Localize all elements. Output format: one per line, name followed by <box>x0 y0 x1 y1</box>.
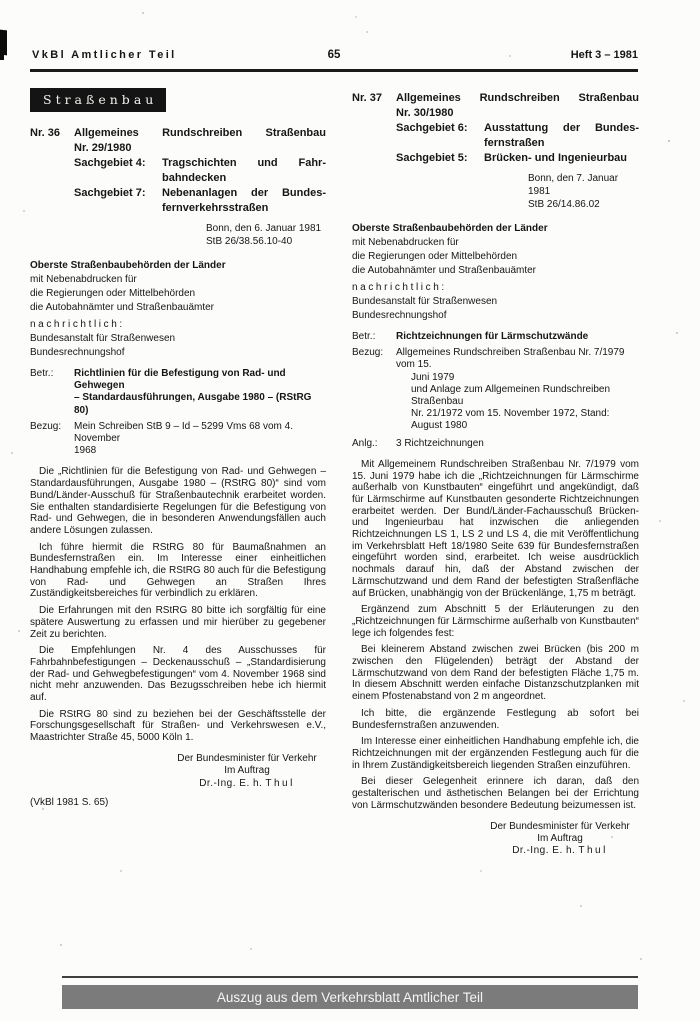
page-number: 65 <box>30 49 638 61</box>
document-page: VkBl Amtlicher Teil 65 Heft 3 – 1981 Str… <box>0 0 700 1021</box>
body-paragraph: Mit Allgemeinem Rundschreiben Straßenbau… <box>352 459 639 599</box>
subject-line: Brücken- und Ingenieurbau <box>484 151 639 166</box>
subject-row: Sachgebiet 7: Nebenanlagen der Bundes- f… <box>74 186 326 216</box>
bezug-label: Bezug: <box>30 421 74 458</box>
running-head: VkBl Amtlicher Teil 65 Heft 3 – 1981 <box>30 49 638 65</box>
fyi-line: Bundesanstalt für Straßenwesen <box>352 295 639 309</box>
signature-office: Der Bundesminister für Verkehr <box>168 753 326 765</box>
recipient-line: die Regierungen oder Mittelbehörden <box>30 287 326 301</box>
subject-line: fernstraßen <box>484 136 639 151</box>
dateline: Bonn, den 7. Januar 1981 StB 26/14.86.02 <box>528 172 639 211</box>
fyi-line: Bundesrechnungshof <box>352 309 639 323</box>
dateline-place: Bonn, den 6. Januar 1981 <box>206 222 326 235</box>
issue-label: Heft 3 – 1981 <box>571 49 638 61</box>
anlage-row: Anlg.: 3 Richtzeichnungen <box>352 438 639 450</box>
subject-line: bahndecken <box>162 171 326 186</box>
subject-label: Sachgebiet 4: <box>74 156 162 186</box>
betr-line: Richtlinien für die Befestigung von Rad-… <box>74 368 326 392</box>
subject-label: Sachgebiet 6: <box>396 121 484 151</box>
dateline: Bonn, den 6. Januar 1981 StB 26/38.56.10… <box>206 222 326 248</box>
betr-row: Betr.: Richtlinien für die Befestigung v… <box>30 368 326 417</box>
article-37: Nr. 37 Allgemeines Rundschreiben Straßen… <box>352 91 639 858</box>
body-paragraph: Die Erfahrungen mit den RStRG 80 bitte i… <box>30 605 326 640</box>
bezug-line: Mein Schreiben StB 9 – Id – 5299 Vms 68 … <box>74 421 326 445</box>
signature-name-prefix: Dr.-Ing. E. h. <box>199 778 262 789</box>
article-title-line: Allgemeines Rundschreiben Straßenbau <box>396 91 639 106</box>
fyi-label: nachrichtlich: <box>30 318 326 332</box>
betr-label: Betr.: <box>30 368 74 417</box>
bezug-line: Allgemeines Rundschreiben Straßenbau Nr.… <box>396 347 639 371</box>
bezug-line: Nr. 21/1972 vom 15. November 1972, Stand… <box>396 408 639 432</box>
source-note: (VkBl 1981 S. 65) <box>30 797 326 809</box>
recipient-line: die Autobahnämter und Straßenbauämter <box>30 301 326 315</box>
subject-line: Nebenanlagen der Bundes- <box>162 186 326 201</box>
subject-label: Sachgebiet 5: <box>396 151 484 166</box>
signature-name-surname: Thul <box>578 845 607 856</box>
signature-block: Der Bundesminister für Verkehr Im Auftra… <box>481 821 639 858</box>
header-rule <box>30 69 638 72</box>
recipient-line: die Autobahnämter und Straßenbauämter <box>352 264 639 278</box>
subject-row: Sachgebiet 4: Tragschichten und Fahr- ba… <box>74 156 326 186</box>
article-number: Nr. 36 <box>30 126 74 216</box>
footer-banner-text: Auszug aus dem Verkehrsblatt Amtlicher T… <box>217 990 483 1005</box>
signature-name: Dr.-Ing. E. h.Thul <box>481 845 639 857</box>
article-37-heading: Nr. 37 Allgemeines Rundschreiben Straßen… <box>352 91 639 166</box>
dateline-reference: StB 26/38.56.10-40 <box>206 235 326 248</box>
signature-office: Der Bundesminister für Verkehr <box>481 821 639 833</box>
recipient-line: mit Nebenabdrucken für <box>30 273 326 287</box>
signature-name: Dr.-Ing. E. h.Thul <box>168 778 326 790</box>
scan-noise <box>0 0 2 2</box>
bezug-line: und Anlage zum Allgemeinen Rundschreiben… <box>396 384 639 408</box>
fyi-line: Bundesanstalt für Straßenwesen <box>30 332 326 346</box>
fyi-line: Bundesrechnungshof <box>30 346 326 360</box>
body-paragraph: Ich führe hiermit die RStRG 80 für Bauma… <box>30 542 326 601</box>
body-paragraph: Ich bitte, die ergänzende Festlegung ab … <box>352 708 639 731</box>
anlage-text: 3 Richtzeichnungen <box>396 438 639 450</box>
betr-line: Richtzeichnungen für Lärmschutzwände <box>396 331 639 343</box>
recipient-line: die Regierungen oder Mittelbehörden <box>352 250 639 264</box>
footer-rule <box>62 976 638 978</box>
signature-by-order: Im Auftrag <box>481 833 639 845</box>
body-paragraph: Im Interesse einer einheitlichen Handhab… <box>352 736 639 771</box>
subject-row: Sachgebiet 6: Ausstattung der Bundes- fe… <box>396 121 639 151</box>
signature-name-prefix: Dr.-Ing. E. h. <box>512 845 575 856</box>
subject-line: Ausstattung der Bundes- <box>484 121 639 136</box>
signature-by-order: Im Auftrag <box>168 765 326 777</box>
recipient-line: mit Nebenabdrucken für <box>352 236 639 250</box>
betr-row: Betr.: Richtzeichnungen für Lärmschutzwä… <box>352 331 639 343</box>
body-paragraph: Die Empfehlungen Nr. 4 des Ausschusses f… <box>30 645 326 704</box>
subject-row: Sachgebiet 5: Brücken- und Ingenieurbau <box>396 151 639 166</box>
article-title-line: Allgemeines Rundschreiben Straßenbau <box>74 126 326 141</box>
section-stamp: Straßenbau <box>30 88 166 112</box>
signature-block: Der Bundesminister für Verkehr Im Auftra… <box>168 753 326 790</box>
subject-label: Sachgebiet 7: <box>74 186 162 216</box>
subject-line: Tragschichten und Fahr- <box>162 156 326 171</box>
scan-edge-artifact-small <box>0 53 4 60</box>
scan-edge-artifact <box>0 30 7 56</box>
body-paragraph: Die „Richtlinien für die Befestigung von… <box>30 466 326 536</box>
footer-banner: Auszug aus dem Verkehrsblatt Amtlicher T… <box>62 985 638 1009</box>
bezug-line: 1968 <box>74 445 326 457</box>
recipients-main: Oberste Straßenbaubehörden der Länder <box>30 259 326 273</box>
body-paragraph: Bei kleinerem Abstand zwischen zwei Brüc… <box>352 644 639 703</box>
article-title-line: Nr. 30/1980 <box>396 106 639 121</box>
signature-name-surname: Thul <box>265 778 294 789</box>
article-36: Nr. 36 Allgemeines Rundschreiben Straßen… <box>30 126 326 809</box>
bezug-line: Juni 1979 <box>396 372 639 384</box>
anlage-label: Anlg.: <box>352 438 396 450</box>
recipients-block: Oberste Straßenbaubehörden der Länder mi… <box>352 222 639 323</box>
body-paragraph: Ergänzend zum Abschnitt 5 der Erläuterun… <box>352 604 639 639</box>
dateline-place: Bonn, den 7. Januar 1981 <box>528 172 639 198</box>
recipients-block: Oberste Straßenbaubehörden der Länder mi… <box>30 259 326 360</box>
bezug-row: Bezug: Allgemeines Rundschreiben Straßen… <box>352 347 639 432</box>
subject-line: fernverkehrsstraßen <box>162 201 326 216</box>
body-paragraph: Die RStRG 80 sind zu beziehen bei der Ge… <box>30 709 326 744</box>
fyi-label: nachrichtlich: <box>352 281 639 295</box>
article-36-heading: Nr. 36 Allgemeines Rundschreiben Straßen… <box>30 126 326 216</box>
dateline-reference: StB 26/14.86.02 <box>528 198 639 211</box>
betr-label: Betr.: <box>352 331 396 343</box>
betr-line: – Standardausführungen, Ausgabe 1980 – (… <box>74 392 326 416</box>
bezug-label: Bezug: <box>352 347 396 432</box>
body-paragraph: Bei dieser Gelegenheit erinnere ich dara… <box>352 776 639 811</box>
article-number: Nr. 37 <box>352 91 396 166</box>
bezug-row: Bezug: Mein Schreiben StB 9 – Id – 5299 … <box>30 421 326 458</box>
recipients-main: Oberste Straßenbaubehörden der Länder <box>352 222 639 236</box>
article-title-line: Nr. 29/1980 <box>74 141 326 156</box>
